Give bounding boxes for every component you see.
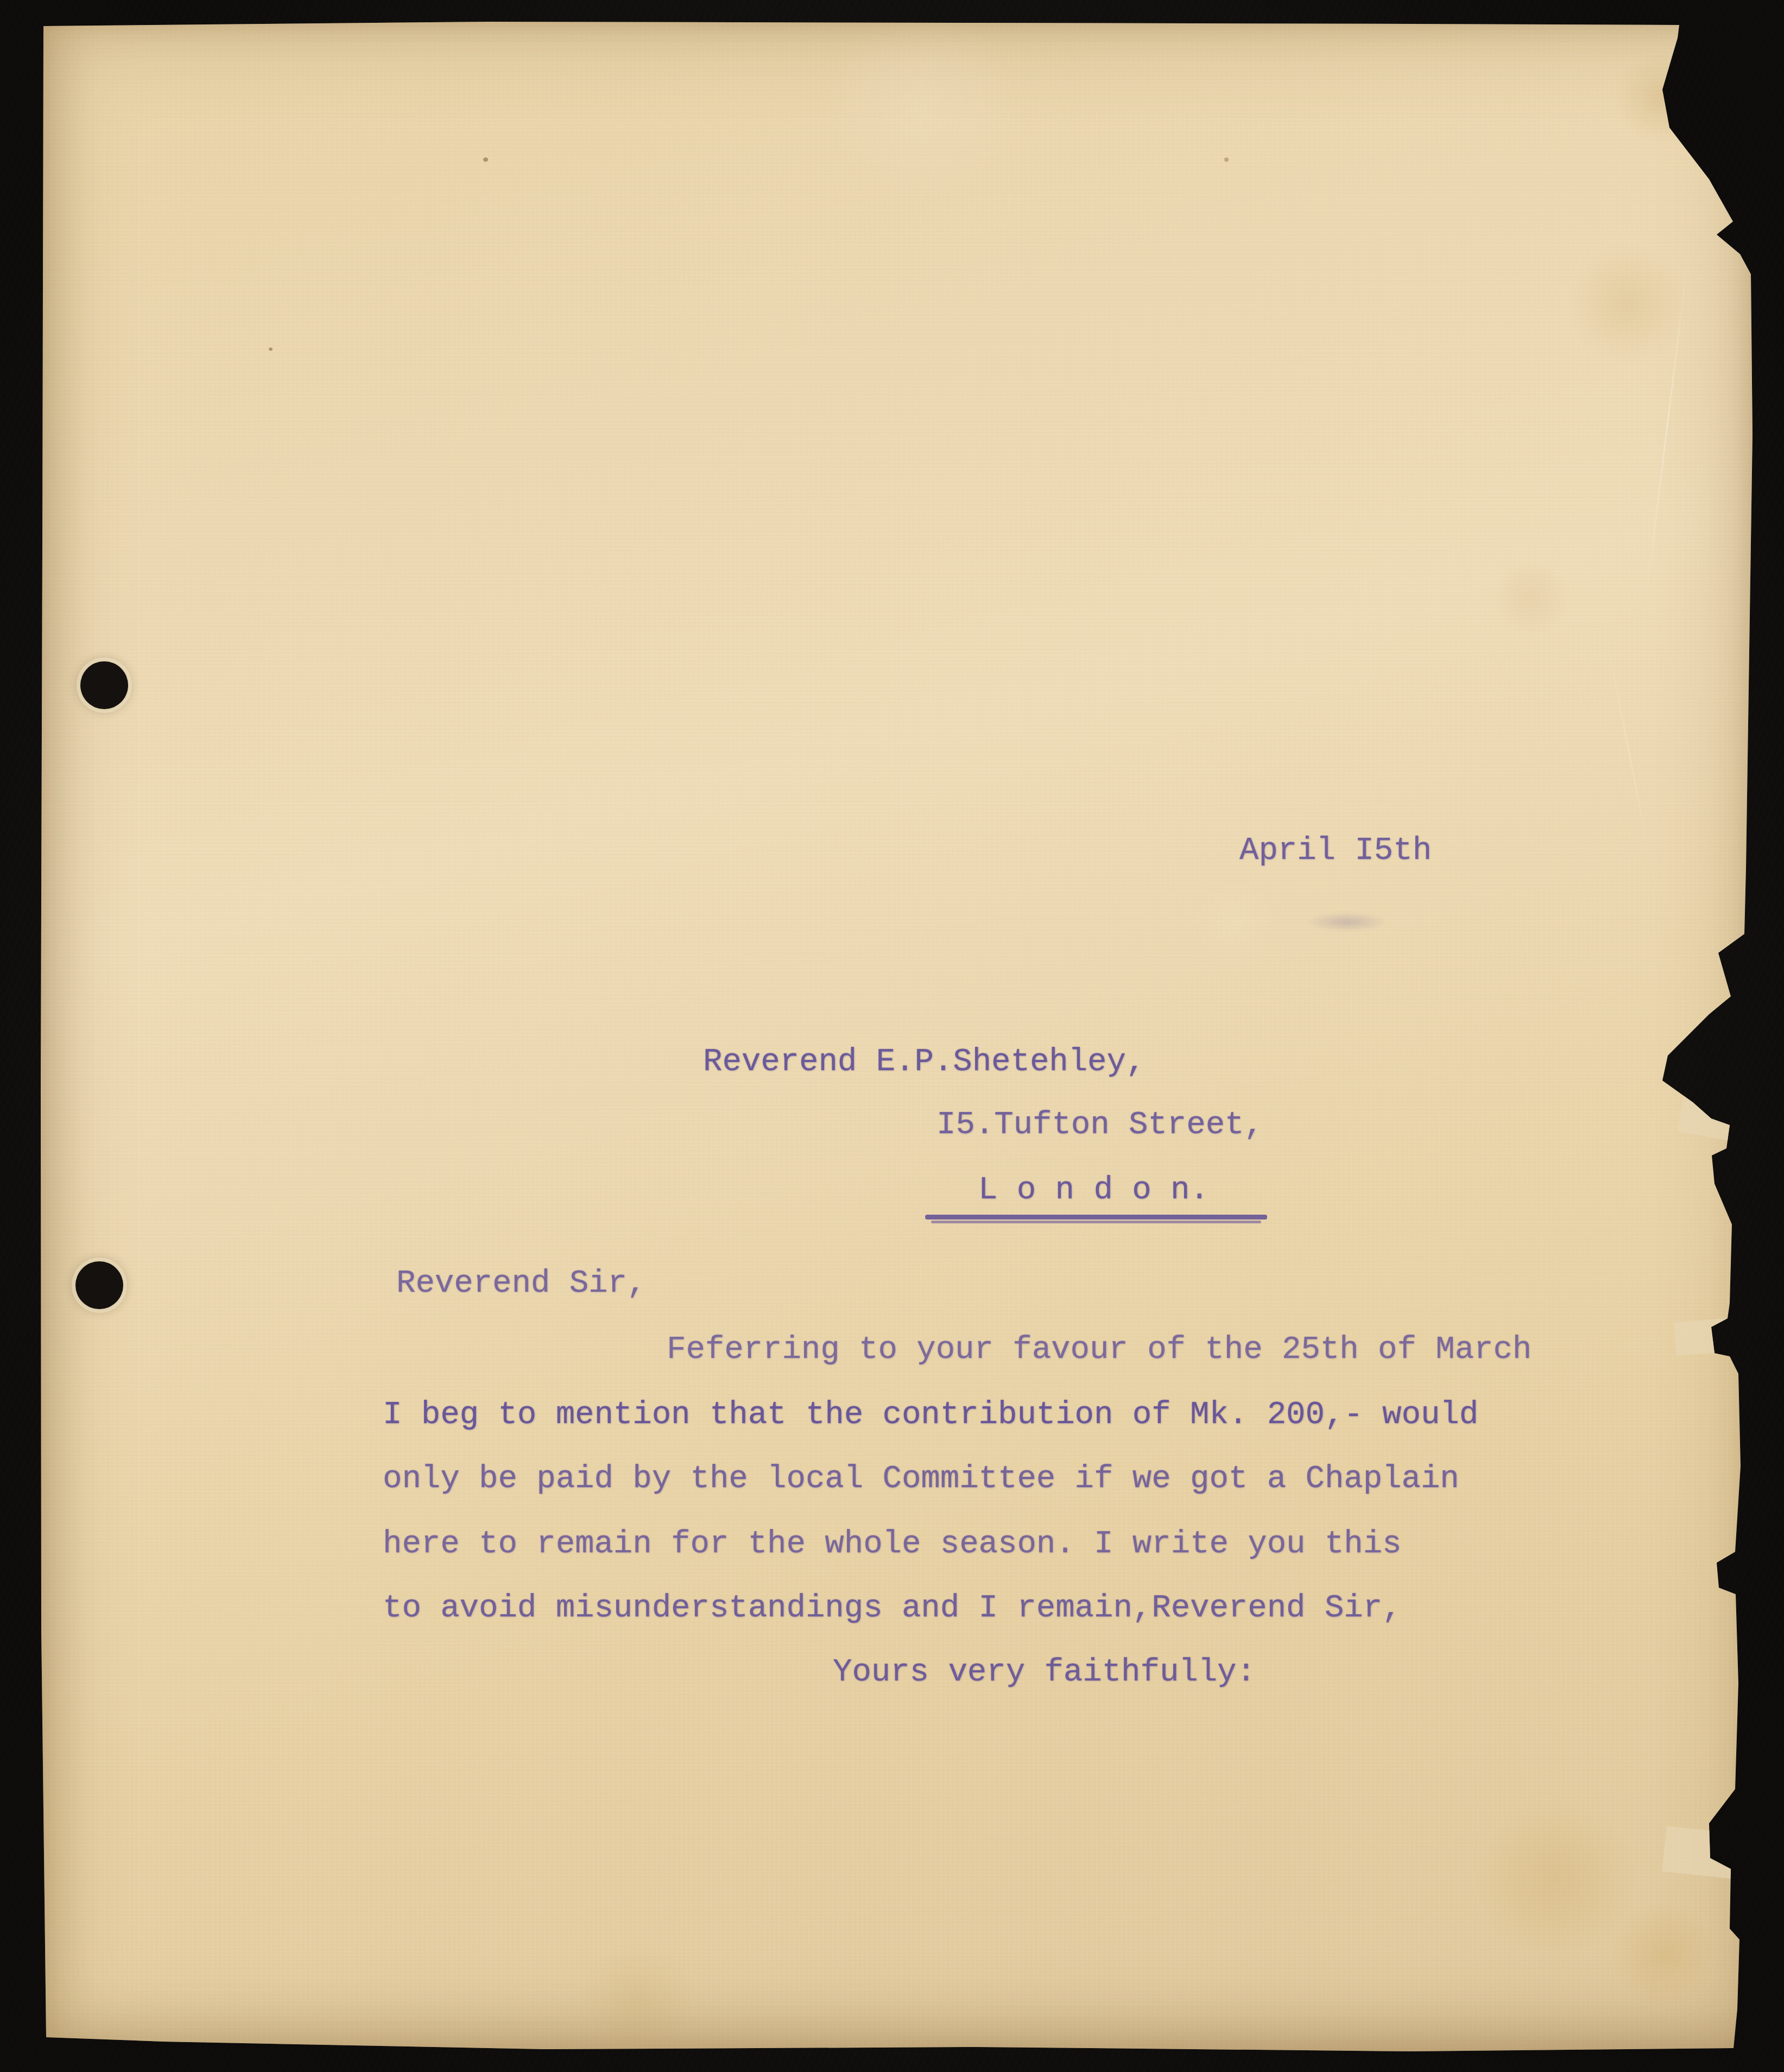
paper-crease: [1607, 643, 1652, 867]
recipient-name-line: Reverend E.P.Shetehley,: [703, 1046, 1145, 1078]
torn-edge-flap: [1674, 1317, 1752, 1356]
paper-crease: [1646, 251, 1690, 596]
scan-background: April I5th Reverend E.P.Shetehley, I5.Tu…: [0, 0, 1784, 2072]
salutation-line: Reverend Sir,: [396, 1267, 646, 1299]
city-underline: [931, 1221, 1261, 1223]
closing-line: Yours very faithfully:: [833, 1656, 1256, 1688]
ink-ghost-smudge: [1306, 912, 1387, 932]
punch-hole-top: [80, 661, 128, 709]
date-line: April I5th: [1239, 835, 1432, 867]
body-line-3: only be paid by the local Committee if w…: [383, 1463, 1459, 1495]
letter-paper: April I5th Reverend E.P.Shetehley, I5.Tu…: [41, 22, 1754, 2052]
torn-edge-flap: [1662, 1826, 1742, 1879]
body-line-1: Feferring to your favour of the 25th of …: [667, 1334, 1532, 1366]
recipient-city-line: L o n d o n.: [978, 1174, 1209, 1206]
body-line-2: I beg to mention that the contribution o…: [383, 1399, 1478, 1431]
paper-speck: [483, 157, 488, 162]
punch-hole-bottom: [75, 1261, 123, 1309]
paper-stains: [41, 22, 1754, 2052]
torn-edge-flap: [1678, 1094, 1748, 1143]
paper-speck: [269, 348, 273, 351]
city-underline: [925, 1215, 1267, 1220]
paper-speck: [1224, 157, 1229, 162]
paper-edge-shading: [41, 22, 1754, 2052]
body-line-4: here to remain for the whole season. I w…: [383, 1528, 1402, 1560]
body-line-5: to avoid misunderstandings and I remain,…: [383, 1592, 1402, 1624]
recipient-street-line: I5.Tufton Street,: [937, 1109, 1263, 1141]
